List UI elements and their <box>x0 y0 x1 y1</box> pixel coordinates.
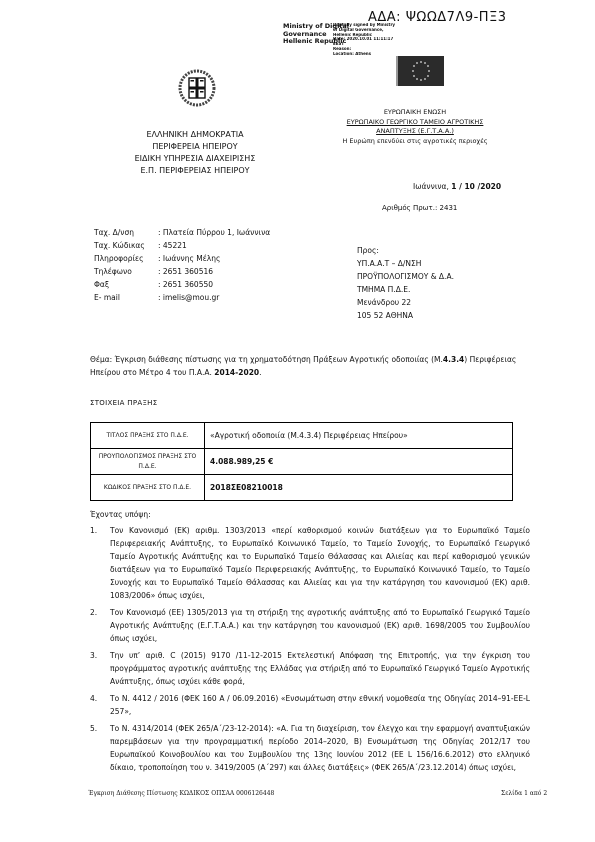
item-number: 2. <box>90 606 110 645</box>
field-label: E- mail <box>94 291 158 304</box>
item-number: 4. <box>90 692 110 718</box>
list-item: 3.Την υπ’ αριθ. C (2015) 9170 /11-12-201… <box>90 649 530 688</box>
eafrd-acronym: ΑΝΑΠΤΥΞΗΣ (Ε.Γ.Τ.Α.Α.) <box>330 127 500 137</box>
date-city: Ιωάννινα, <box>413 182 449 191</box>
eu-union-label: ΕΥΡΩΠΑΙΚΗ ΕΝΩΣΗ <box>330 108 500 118</box>
item-text: Την υπ’ αριθ. C (2015) 9170 /11-12-2015 … <box>110 649 530 688</box>
sender-fax: Φαξ: 2651 360550 <box>94 278 270 291</box>
issuing-authority-header: ΕΛΛΗΝΙΚΗ ΔΗΜΟΚΡΑΤΙΑ ΠΕΡΙΦΕΡΕΙΑ ΗΠΕΙΡΟΥ Ε… <box>100 129 290 177</box>
project-code-value: 2018ΣΕ08210018 <box>205 475 513 501</box>
header-line: ΠΕΡΙΦΕΡΕΙΑ ΗΠΕΙΡΟΥ <box>100 141 290 153</box>
field-label: Πληροφορίες <box>94 252 158 265</box>
item-text: Το Ν. 4412 / 2016 (ΦΕΚ 160 Α / 06.09.201… <box>110 692 530 718</box>
project-budget-label: ΠΡΟΥΠΟΛΟΓΙΣΜΟΣ ΠΡΑΞΗΣ ΣΤΟ Π.Δ.Ε. <box>91 449 205 475</box>
recipient-line: ΠΡΟΫΠΟΛΟΓΙΣΜΟΥ & Δ.Α. <box>357 270 454 283</box>
header-line: ΕΙΔΙΚΗ ΥΠΗΡΕΣΙΑ ΔΙΑΧΕΙΡΙΣΗΣ <box>100 153 290 165</box>
field-label: Ταχ. Κώδικας <box>94 239 158 252</box>
field-value: : 2651 360550 <box>158 278 213 291</box>
item-number: 1. <box>90 524 110 602</box>
item-number: 5. <box>90 722 110 774</box>
subject-measure: 4.3.4 <box>443 355 464 364</box>
table-row: ΤΙΤΛΟΣ ΠΡΑΞΗΣ ΣΤΟ Π.Δ.Ε. «Αγροτική οδοπο… <box>91 423 513 449</box>
sender-postcode: Ταχ. Κώδικας: 45221 <box>94 239 270 252</box>
list-item: 1.Τον Κανονισμό (ΕΚ) αριθμ. 1303/2013 «π… <box>90 524 530 602</box>
project-code-label: ΚΩΔΙΚΟΣ ΠΡΑΞΗΣ ΣΤΟ Π.Δ.Ε. <box>91 475 205 501</box>
signature-details: Digitally signed by Ministry of Digital … <box>333 23 395 57</box>
signature-detail-line: Location: Athens <box>333 52 395 57</box>
item-text: Τον Κανονισμό (ΕΕ) 1305/2013 για τη στήρ… <box>110 606 530 645</box>
subject-text: Θέμα: Έγκριση διάθεσης πίστωσης για τη χ… <box>90 355 443 364</box>
protocol-number: Αριθμός Πρωτ.: 2431 <box>382 204 457 212</box>
project-title-label: ΤΙΤΛΟΣ ΠΡΑΞΗΣ ΣΤΟ Π.Δ.Ε. <box>91 423 205 449</box>
considerations-list: 1.Τον Κανονισμό (ΕΚ) αριθμ. 1303/2013 «π… <box>90 524 530 778</box>
field-value: : Πλατεία Πύρρου 1, Ιωάννινα <box>158 226 270 239</box>
footer-document-id: Έγκριση Διάθεσης Πίστωσης ΚΩΔΙΚΟΣ ΟΠΣΑΑ … <box>88 790 274 797</box>
field-value: : Ιωάννης Μέλης <box>158 252 220 265</box>
recipient-line: ΥΠ.Α.Α.Τ – Δ/ΝΣΗ <box>357 257 454 270</box>
subject-text: . <box>259 368 261 377</box>
field-value: : 45221 <box>158 239 187 252</box>
recipient-block: Προς: ΥΠ.Α.Α.Τ – Δ/ΝΣΗ ΠΡΟΫΠΟΛΟΓΙΣΜΟΥ & … <box>357 244 454 322</box>
table-row: ΚΩΔΙΚΟΣ ΠΡΑΞΗΣ ΣΤΟ Π.Δ.Ε. 2018ΣΕ08210018 <box>91 475 513 501</box>
recipient-line: Μενάνδρου 22 <box>357 296 454 309</box>
sender-address: Ταχ. Δ/νση: Πλατεία Πύρρου 1, Ιωάννινα <box>94 226 270 239</box>
recipient-label: Προς: <box>357 244 454 257</box>
field-label: Φαξ <box>94 278 158 291</box>
list-item: 5.Το Ν. 4314/2014 (ΦΕΚ 265/Α΄/23-12-2014… <box>90 722 530 774</box>
sender-phone: Τηλέφωνο: 2651 360516 <box>94 265 270 278</box>
section-title: ΣΤΟΙΧΕΙΑ ΠΡΑΞΗΣ <box>90 399 157 407</box>
list-item: 2.Τον Κανονισμό (ΕΕ) 1305/2013 για τη στ… <box>90 606 530 645</box>
project-info-table: ΤΙΤΛΟΣ ΠΡΑΞΗΣ ΣΤΟ Π.Δ.Ε. «Αγροτική οδοπο… <box>90 422 513 501</box>
considering-label: Έχοντας υπόψη: <box>90 510 151 519</box>
project-budget-value: 4.088.989,25 € <box>205 449 513 475</box>
subject-period: 2014-2020 <box>214 368 259 377</box>
sender-email: E- mail: imelis@mou.gr <box>94 291 270 304</box>
recipient-line: ΤΜΗΜΑ Π.Δ.Ε. <box>357 283 454 296</box>
eu-flag-icon <box>396 56 444 86</box>
sender-contact-block: Ταχ. Δ/νση: Πλατεία Πύρρου 1, Ιωάννινα Τ… <box>94 226 270 304</box>
header-line: ΕΛΛΗΝΙΚΗ ΔΗΜΟΚΡΑΤΙΑ <box>100 129 290 141</box>
greek-coat-of-arms-icon <box>177 68 217 108</box>
list-item: 4.Το Ν. 4412 / 2016 (ΦΕΚ 160 Α / 06.09.2… <box>90 692 530 718</box>
project-title-value: «Αγροτική οδοποιία (Μ.4.3.4) Περιφέρειας… <box>205 423 513 449</box>
field-label: Ταχ. Δ/νση <box>94 226 158 239</box>
email-link[interactable]: : imelis@mou.gr <box>158 291 219 304</box>
subject-line: Θέμα: Έγκριση διάθεσης πίστωσης για τη χ… <box>90 353 530 379</box>
item-number: 3. <box>90 649 110 688</box>
header-line: Ε.Π. ΠΕΡΙΦΕΡΕΙΑΣ ΗΠΕΙΡΟΥ <box>100 165 290 177</box>
date-value: 1 / 10 /2020 <box>451 182 501 191</box>
recipient-line: 105 52 ΑΘΗΝΑ <box>357 309 454 322</box>
field-label: Τηλέφωνο <box>94 265 158 278</box>
table-row: ΠΡΟΥΠΟΛΟΓΙΣΜΟΣ ΠΡΑΞΗΣ ΣΤΟ Π.Δ.Ε. 4.088.9… <box>91 449 513 475</box>
document-date: Ιωάννινα, 1 / 10 /2020 <box>413 182 501 191</box>
eu-fund-header: ΕΥΡΩΠΑΙΚΗ ΕΝΩΣΗ ΕΥΡΩΠΑΙΚΟ ΓΕΩΡΓΙΚΟ ΤΑΜΕΙ… <box>330 108 500 146</box>
sender-contact-person: Πληροφορίες: Ιωάννης Μέλης <box>94 252 270 265</box>
item-text: Τον Κανονισμό (ΕΚ) αριθμ. 1303/2013 «περ… <box>110 524 530 602</box>
item-text: Το Ν. 4314/2014 (ΦΕΚ 265/Α΄/23-12-2014):… <box>110 722 530 774</box>
eu-slogan: Η Ευρώπη επενδύει στις αγροτικές περιοχέ… <box>330 137 500 147</box>
eafrd-label: ΕΥΡΩΠΑΙΚΟ ΓΕΩΡΓΙΚΟ ΤΑΜΕΙΟ ΑΓΡΟΤΙΚΗΣ <box>330 118 500 128</box>
footer-page-number: Σελίδα 1 από 2 <box>501 790 547 797</box>
field-value: : 2651 360516 <box>158 265 213 278</box>
